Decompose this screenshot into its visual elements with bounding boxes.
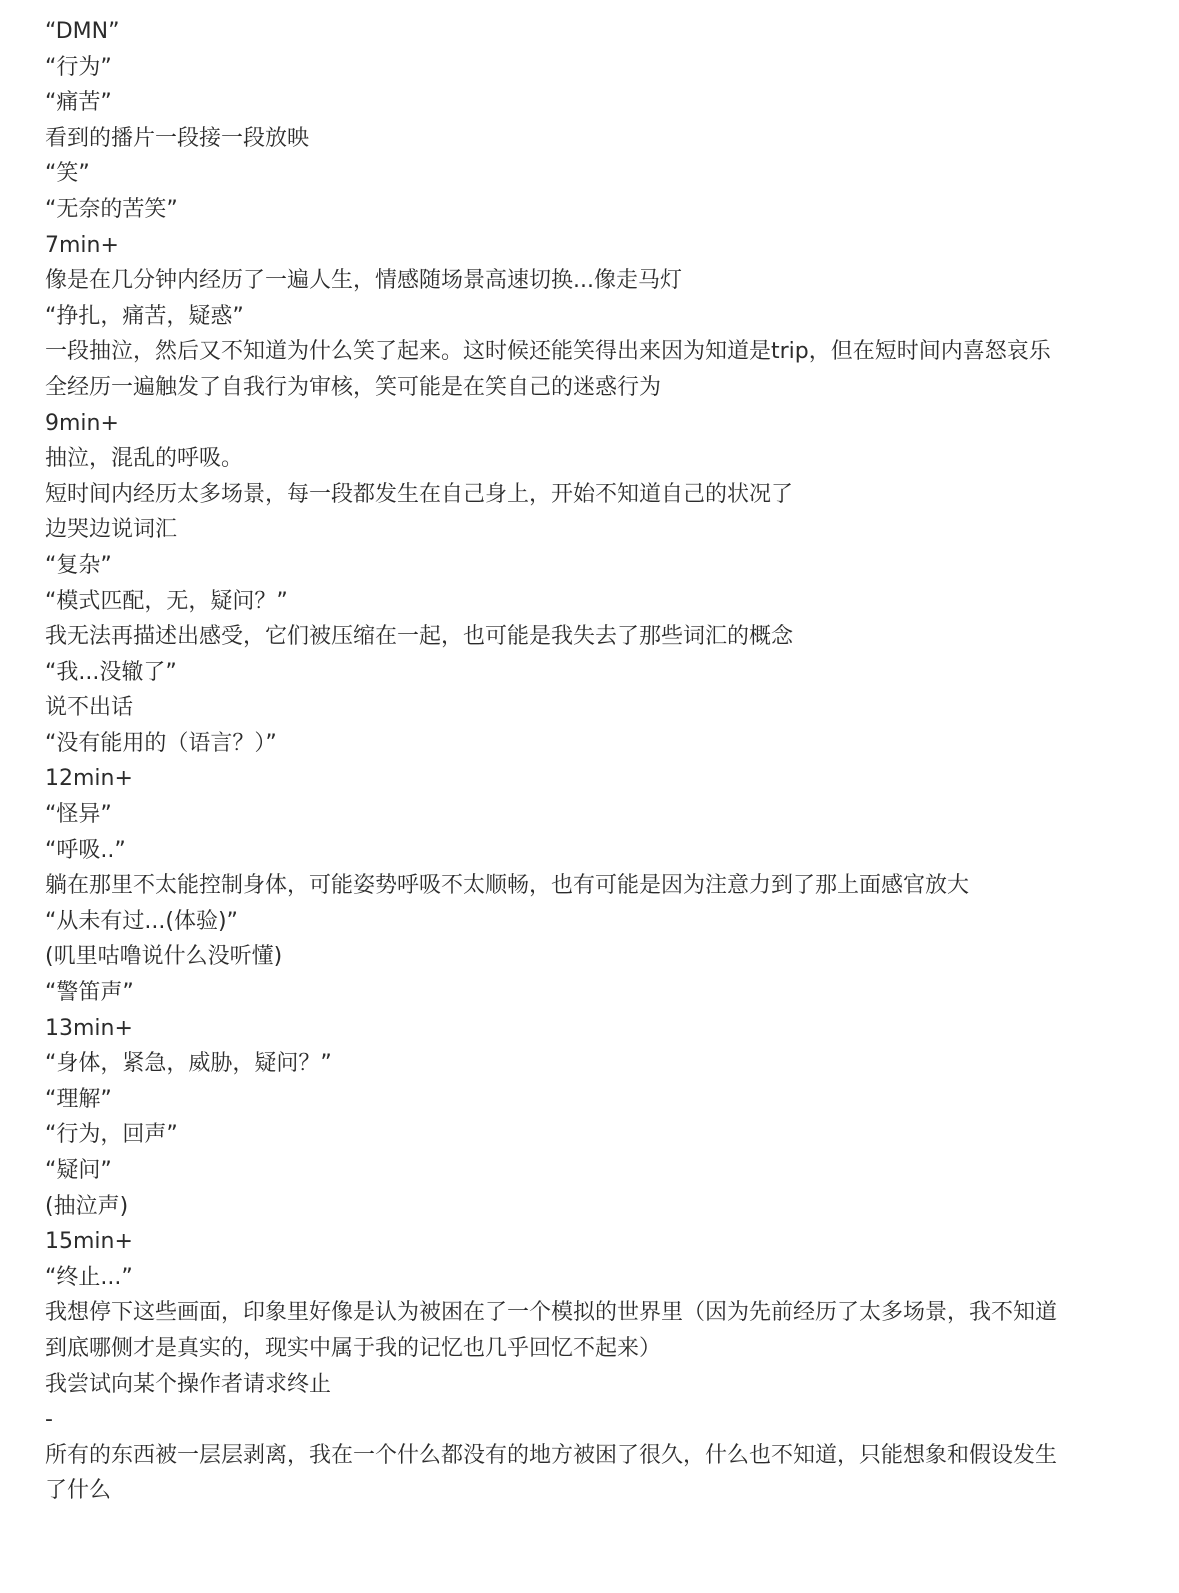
text-line: 躺在那里不太能控制身体，可能姿势呼吸不太顺畅，也有可能是因为注意力到了那上面感官… bbox=[45, 868, 1135, 904]
text-line: 7min+ bbox=[45, 228, 1135, 264]
text-line: 所有的东西被一层层剥离，我在一个什么都没有的地方被困了很久，什么也不知道，只能想… bbox=[45, 1438, 1135, 1474]
text-line: 像是在几分钟内经历了一遍人生，情感随场景高速切换...像走马灯 bbox=[45, 263, 1135, 299]
text-line: “DMN” bbox=[45, 14, 1135, 50]
text-line: 一段抽泣，然后又不知道为什么笑了起来。这时候还能笑得出来因为知道是trip，但在… bbox=[45, 334, 1135, 370]
text-line: 13min+ bbox=[45, 1011, 1135, 1047]
text-line: “理解” bbox=[45, 1082, 1135, 1118]
text-line: “身体，紧急，威胁，疑问？” bbox=[45, 1046, 1135, 1082]
text-line: “痛苦” bbox=[45, 85, 1135, 121]
text-line: 15min+ bbox=[45, 1224, 1135, 1260]
text-line: “复杂” bbox=[45, 548, 1135, 584]
text-line: 抽泣，混乱的呼吸。 bbox=[45, 441, 1135, 477]
text-line: “疑问” bbox=[45, 1153, 1135, 1189]
text-line: “从未有过...(体验)” bbox=[45, 904, 1135, 940]
text-line: 我想停下这些画面，印象里好像是认为被困在了一个模拟的世界里（因为先前经历了太多场… bbox=[45, 1295, 1135, 1331]
text-line: “无奈的苦笑” bbox=[45, 192, 1135, 228]
text-line: 12min+ bbox=[45, 761, 1135, 797]
text-line: 了什么 bbox=[45, 1473, 1135, 1509]
text-line: “警笛声” bbox=[45, 975, 1135, 1011]
text-line: “行为，回声” bbox=[45, 1117, 1135, 1153]
text-line: “我...没辙了” bbox=[45, 655, 1135, 691]
text-line: “终止...” bbox=[45, 1260, 1135, 1296]
text-line: 边哭边说词汇 bbox=[45, 512, 1135, 548]
text-line: 我尝试向某个操作者请求终止 bbox=[45, 1367, 1135, 1403]
text-line: 短时间内经历太多场景，每一段都发生在自己身上，开始不知道自己的状况了 bbox=[45, 477, 1135, 513]
text-line: “没有能用的（语言？）” bbox=[45, 726, 1135, 762]
text-line: 全经历一遍触发了自我行为审核，笑可能是在笑自己的迷惑行为 bbox=[45, 370, 1135, 406]
text-line: 9min+ bbox=[45, 406, 1135, 442]
text-line: (叽里咕噜说什么没听懂) bbox=[45, 939, 1135, 975]
text-line: 看到的播片一段接一段放映 bbox=[45, 121, 1135, 157]
text-line: - bbox=[45, 1402, 1135, 1438]
text-line: “呼吸..” bbox=[45, 833, 1135, 869]
text-line: 到底哪侧才是真实的，现实中属于我的记忆也几乎回忆不起来） bbox=[45, 1331, 1135, 1367]
text-line: 说不出话 bbox=[45, 690, 1135, 726]
text-line: “模式匹配，无，疑问？” bbox=[45, 584, 1135, 620]
document-body: “DMN”“行为”“痛苦”看到的播片一段接一段放映“笑”“无奈的苦笑”7min+… bbox=[45, 14, 1135, 1509]
text-line: (抽泣声) bbox=[45, 1189, 1135, 1225]
text-line: “行为” bbox=[45, 50, 1135, 86]
text-line: 我无法再描述出感受，它们被压缩在一起，也可能是我失去了那些词汇的概念 bbox=[45, 619, 1135, 655]
text-line: “怪异” bbox=[45, 797, 1135, 833]
text-line: “笑” bbox=[45, 156, 1135, 192]
text-line: “挣扎，痛苦，疑惑” bbox=[45, 299, 1135, 335]
